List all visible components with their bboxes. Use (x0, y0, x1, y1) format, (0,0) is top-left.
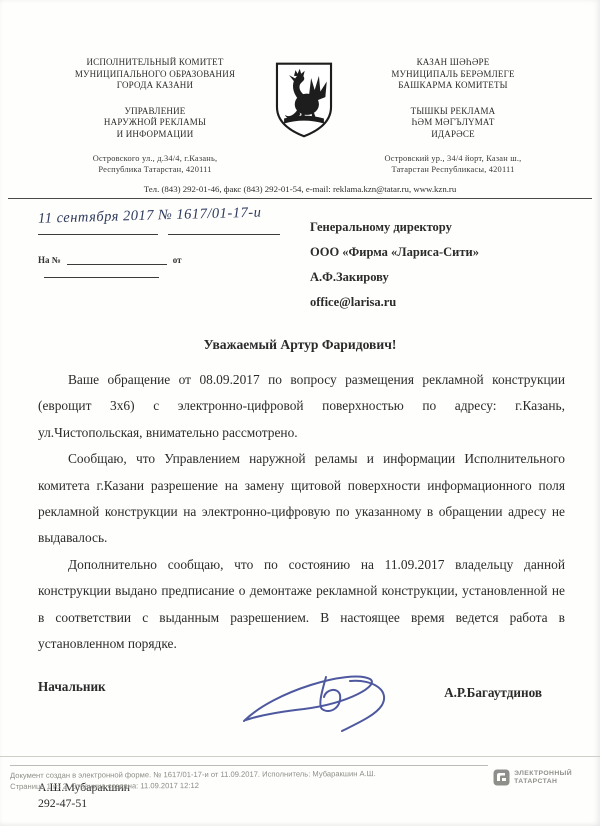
paragraph-1: Ваше обращение от 08.09.2017 по вопросу … (38, 367, 565, 446)
reference-and-recipient-row: 11 сентября 2017 № 1617/01-17-и На №от Г… (0, 199, 600, 315)
dept-line: ИДАРӘСЕ (336, 129, 570, 141)
salutation: Уважаемый Артур Фаридович! (0, 337, 600, 353)
letterhead: ИСПОЛНИТЕЛЬНЫЙ КОМИТЕТ МУНИЦИПАЛЬНОГО ОБ… (0, 0, 600, 175)
address-line: Татарстан Республикасы, 420111 (336, 164, 570, 175)
recipient-company: ООО «Фирма «Лариса-Сити» (310, 240, 562, 265)
dept-line: НАРУЖНОЙ РЕКЛАМЫ (38, 117, 272, 129)
dept-line: ҺӘМ МӘГЪЛҮМАТ (336, 117, 570, 129)
footer-inner: Документ создан в электронной форме. № 1… (0, 757, 600, 792)
org-line: БАШКАРМА КОМИТЕТЫ (336, 80, 570, 92)
org-line: МУНИЦИПАЛЬНОГО ОБРАЗОВАНИЯ (38, 69, 272, 81)
footer-text-rule (10, 765, 488, 766)
org-line: МУНИЦИПАЛЬ БЕРӘМЛЕГЕ (336, 69, 570, 81)
recipient-name: А.Ф.Закирову (310, 265, 562, 290)
address-tt: Островский ур., 34/4 йорт, Казан ш., Тат… (336, 153, 570, 175)
reply-date-blank (44, 265, 159, 278)
org-name-tt: КАЗАН ШӘҺӘРЕ МУНИЦИПАЛЬ БЕРӘМЛЕГЕ БАШКАР… (336, 57, 570, 92)
letterhead-left-russian: ИСПОЛНИТЕЛЬНЫЙ КОМИТЕТ МУНИЦИПАЛЬНОГО ОБ… (38, 57, 272, 175)
address-line: Республика Татарстан, 420111 (38, 164, 272, 175)
org-name-ru: ИСПОЛНИТЕЛЬНЫЙ КОМИТЕТ МУНИЦИПАЛЬНОГО ОБ… (38, 57, 272, 92)
reply-from-label: от (173, 255, 182, 265)
signature-row: Начальник А.Р.Багаутдинов (0, 657, 600, 745)
footer: Документ создан в электронной форме. № 1… (0, 756, 600, 826)
recipient-position: Генеральному директору (310, 215, 562, 240)
logo-text-line: ТАТАРСТАН (514, 778, 572, 786)
signer-title: Начальник (38, 673, 106, 695)
address-line: Островского ул., д.34/4, г.Казань, (38, 153, 272, 164)
paragraph-2: Сообщаю, что Управлением наружной реламы… (38, 446, 565, 552)
dept-name-ru: УПРАВЛЕНИЕ НАРУЖНОЙ РЕКЛАМЫ И ИНФОРМАЦИИ (38, 106, 272, 141)
dept-line: УПРАВЛЕНИЕ (38, 106, 272, 118)
address-line: Островский ур., 34/4 йорт, Казан ш., (336, 153, 570, 164)
recipient-block: Генеральному директору ООО «Фирма «Ларис… (310, 211, 562, 315)
handwritten-signature-icon (238, 665, 398, 740)
letter-body: Ваше обращение от 08.09.2017 по вопросу … (0, 353, 600, 657)
scanned-letter-page: ИСПОЛНИТЕЛЬНЫЙ КОМИТЕТ МУНИЦИПАЛЬНОГО ОБ… (0, 0, 600, 826)
letterhead-right-tatar: КАЗАН ШӘҺӘРЕ МУНИЦИПАЛЬ БЕРӘМЛЕГЕ БАШКАР… (336, 57, 570, 175)
paragraph-3: Дополнительно сообщаю, что по состоянию … (38, 552, 565, 658)
reply-label: На № (38, 255, 61, 265)
electronic-tatarstan-logo: ЭЛЕКТРОННЫЙ ТАТАРСТАН (493, 769, 572, 786)
footer-logo-text: ЭЛЕКТРОННЫЙ ТАТАРСТАН (514, 770, 572, 786)
dept-line: ТЫШКЫ РЕКЛАМА (336, 106, 570, 118)
reply-reference-row: На №от (38, 252, 296, 278)
dept-name-tt: ТЫШКЫ РЕКЛАМА ҺӘМ МӘГЪЛҮМАТ ИДАРӘСЕ (336, 106, 570, 141)
org-line: ИСПОЛНИТЕЛЬНЫЙ КОМИТЕТ (38, 57, 272, 69)
reply-number-blank (67, 252, 167, 265)
electronic-tatarstan-logo-icon (493, 769, 510, 786)
recipient-email: office@larisa.ru (310, 290, 562, 315)
org-line: КАЗАН ШӘҺӘРЕ (336, 57, 570, 69)
address-ru: Островского ул., д.34/4, г.Казань, Респу… (38, 153, 272, 175)
dept-line: И ИНФОРМАЦИИ (38, 129, 272, 141)
signer-name: А.Р.Багаутдинов (444, 673, 542, 701)
reference-block: 11 сентября 2017 № 1617/01-17-и На №от (38, 211, 296, 315)
org-line: ГОРОДА КАЗАНИ (38, 80, 272, 92)
logo-text-line: ЭЛЕКТРОННЫЙ (514, 770, 572, 778)
kazan-coat-of-arms-icon (272, 60, 336, 145)
contact-line: Тел. (843) 292-01-46, факс (843) 292-01-… (0, 184, 600, 194)
